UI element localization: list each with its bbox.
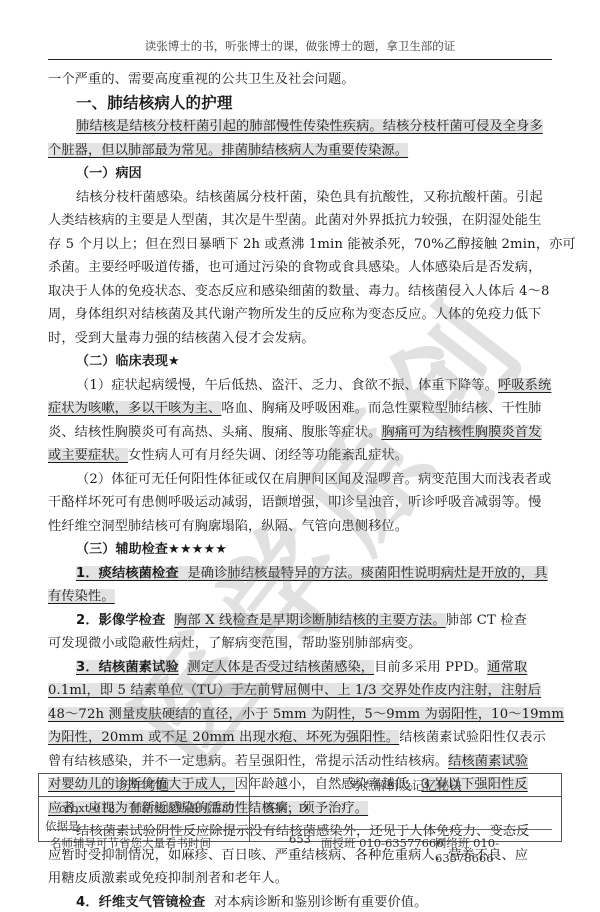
highlighted-text: 胸部 X 线检查是早期诊断肺结核的主要方法。 [174,613,446,628]
highlighted-text: 呼吸系统 [498,378,551,393]
exam-title: 1．痰结核菌检查 [76,566,179,581]
plain-text: 目前多采用 PPD。 [374,660,487,675]
column-header-analysis: 考点解析及记忆秘诀 [250,774,562,797]
exam-title: 4．纤维支气管镜检查 [76,895,205,910]
column-header-question: 历年考题 [39,774,250,797]
highlighted-text: 48～72h 测量皮肤硬结的直径，小于 5mm 为阴性，5～9mm 为弱阳性，1… [48,707,564,722]
footer-slogan: 名师辅导可节省您大量看书时间 [50,835,211,851]
paragraph-line: 性纤维空洞型肺结核可有胸廓塌陷，纵隔、气管向患侧移位。 [48,515,552,539]
inperson-class-phone: 面授班 010-63577666 [321,835,444,851]
qa-table-header-row: 历年考题 考点解析及记忆秘诀 [39,774,562,797]
highlighted-text: 或主要症状。 [48,448,128,463]
intro-line: 一个严重的、需要高度重视的公共卫生及社会问题。 [48,68,552,92]
exam-item-3: 3．结核菌素试验 测定人体是否受过结核菌感染，目前多采用 PPD。通常取 [48,656,552,680]
paragraph-line: 0.1ml，即 5 结素单位（TU）于左前臂屈侧中、上 1/3 交界处作皮内注射… [48,679,552,703]
highlighted-text: 个脏器，但以肺部最为常见。排菌肺结核病人为重要传染源。 [48,143,408,158]
paragraph-line: 人类结核病的主要是人型菌，其次是牛型菌。此菌对外界抵抗力较强，在阴湿处能生 [48,209,552,233]
page-header: 读张博士的书，听张博士的课，做张博士的题，拿卫生部的证 [48,38,552,60]
paragraph-line: 干酪样坏死可有患侧呼吸运动减弱，语颤增强，叩诊呈浊音，听诊呼吸音减弱等。慢 [48,491,552,515]
paragraph-line: 或主要症状。女性病人可有月经失调、闭经等功能紊乱症状。 [48,444,552,468]
highlighted-text: 结核菌素试验 [448,754,528,769]
page-footer: 名师辅导可节省您大量看书时间 653 面授班 010-63577666 网络班 … [48,829,552,852]
highlighted-text: 通常取 [487,660,527,675]
plain-text: 结核菌素试验阳性仅表示 [399,730,546,745]
paragraph-line: 炎、结核性胸膜炎可有高热、头痛、腹痛、腹胀等症状。胸痛可为结核性胸膜炎首发 [48,421,552,445]
highlighted-text: 是确诊肺结核最特异的方法。痰菌阳性说明病灶是开放的，具 [187,566,547,581]
paragraph-line: 取决于人体的免疫状态、变态反应和感染细菌的数量、毒力。结核菌侵入人体后 4～8 [48,280,552,304]
highlighted-text: 测定人体是否受过结核菌感染， [187,660,374,675]
highlighted-text: 为阳性，20mm 或不足 20mm 出现水疱、坏死为强阳性。 [48,730,399,745]
definition-line-2: 个脏器，但以肺部最为常见。排菌肺结核病人为重要传染源。 [48,139,552,163]
highlighted-text: 有传染性。 [48,589,115,604]
paragraph-line: 有传染性。 [48,585,552,609]
paragraph-line: 可发现微小或隐蔽性病灶，了解病变范围，帮助鉴别肺部病变。 [48,632,552,656]
paragraph-line: 为阳性，20mm 或不足 20mm 出现水疱、坏死为强阳性。结核菌素试验阳性仅表… [48,726,552,750]
plain-text: 咯血、胸痛及呼吸困难。而急性粟粒型肺结核、干性肺 [221,401,541,416]
paragraph-line: 周，身体组织对结核菌及其代谢产物所发生的反应称为变态反应。人体的免疫力低下 [48,303,552,327]
paragraph-line: 杀菌。主要经呼吸道传播，也可通过污染的食物或食具感染。人体感染后是否发病， [48,256,552,280]
plain-text: （1）症状起病缓慢，午后低热、盗汗、乏力、食欲不振、体重下降等。 [76,378,498,393]
page-number: 653 [289,832,311,846]
etiology-heading: （一）病因 [48,162,552,186]
paragraph-line: 曾有结核感染，并不一定患病。若呈强阳性，常提示活动性结核病。结核菌素试验 [48,750,552,774]
plain-text: 曾有结核感染，并不一定患病。若呈强阳性，常提示活动性结核病。 [48,754,448,769]
paragraph-line: （1）症状起病缓慢，午后低热、盗汗、乏力、食欲不振、体重下降等。呼吸系统 [48,374,552,398]
answer-text: 答案：D [256,801,308,815]
paragraph-line: （2）体征可无任何阳性体征或仅在肩胛间区闻及湿啰音。病变范围大而浅表者或 [48,468,552,492]
definition-line-1: 肺结核是结核分枝杆菌引起的肺部慢性传染性疾病。结核分枝杆菌可侵及全身多 [48,115,552,139]
paragraph-line: 用糖皮质激素或免疫抑制剂者和老年人。 [48,867,552,891]
paragraph-line: 存 5 个月以上；但在烈日暴晒下 2h 或煮沸 1min 能被杀死，70%乙醇接… [48,233,552,257]
paragraph-line: 48～72h 测量皮肤硬结的直径，小于 5mm 为阴性，5～9mm 为弱阳性，1… [48,703,552,727]
plain-text: 肺部 CT 检查 [446,613,527,628]
highlighted-text: 胸痛可为结核性胸膜炎首发 [381,425,541,440]
plain-text: 女性病人可有月经失调、闭经等功能紊乱症状。 [128,448,408,463]
paragraph-line: 时，受到大量毒力强的结核菌入侵才会发病。 [48,327,552,351]
exams-heading: （三）辅助检查★★★★★ [48,538,552,562]
plain-text: 炎、结核性胸膜炎可有高热、头痛、腹痛、腹胀等症状。 [48,425,381,440]
highlighted-text: 0.1ml，即 5 结素单位（TU）于左前臂屈侧中、上 1/3 交界处作皮内注射… [48,683,541,698]
document-page: 读张博士的书，听张博士的课，做张博士的题，拿卫生部的证 一个严重的、需要高度重视… [0,0,600,912]
clinical-heading: （二）临床表现★ [48,350,552,374]
paragraph-line: 症状为咳嗽，多以干咳为主、咯血、胸痛及呼吸困难。而急性粟粒型肺结核、干性肺 [48,397,552,421]
exam-item-2: 2．影像学检查 胸部 X 线检查是早期诊断肺结核的主要方法。肺部 CT 检查 [48,609,552,633]
exam-title: 2．影像学检查 [76,613,165,628]
online-class-phone: 网络班 010-63578666 [435,835,552,865]
highlighted-text: 症状为咳嗽，多以干咳为主、 [48,401,221,416]
paragraph-line: 结核分枝杆菌感染。结核菌属分枝杆菌，染色具有抗酸性，又称抗酸杆菌。引起 [48,186,552,210]
highlighted-text: 肺结核是结核分枝杆菌引起的肺部慢性传染性疾病。结核分枝杆菌可侵及全身多 [76,119,543,134]
exam-item-1: 1．痰结核菌检查 是确诊肺结核最特异的方法。痰菌阳性说明病灶是开放的，具 [48,562,552,586]
section-title: 一、肺结核病人的护理 [48,92,552,116]
exam-title: 3．结核菌素试验 [76,660,179,675]
exam-item-4: 4．纤维支气管镜检查 对本病诊断和鉴别诊断有重要价值。 [48,891,552,912]
plain-text: 对本病诊断和鉴别诊断有重要价值。 [214,895,427,910]
